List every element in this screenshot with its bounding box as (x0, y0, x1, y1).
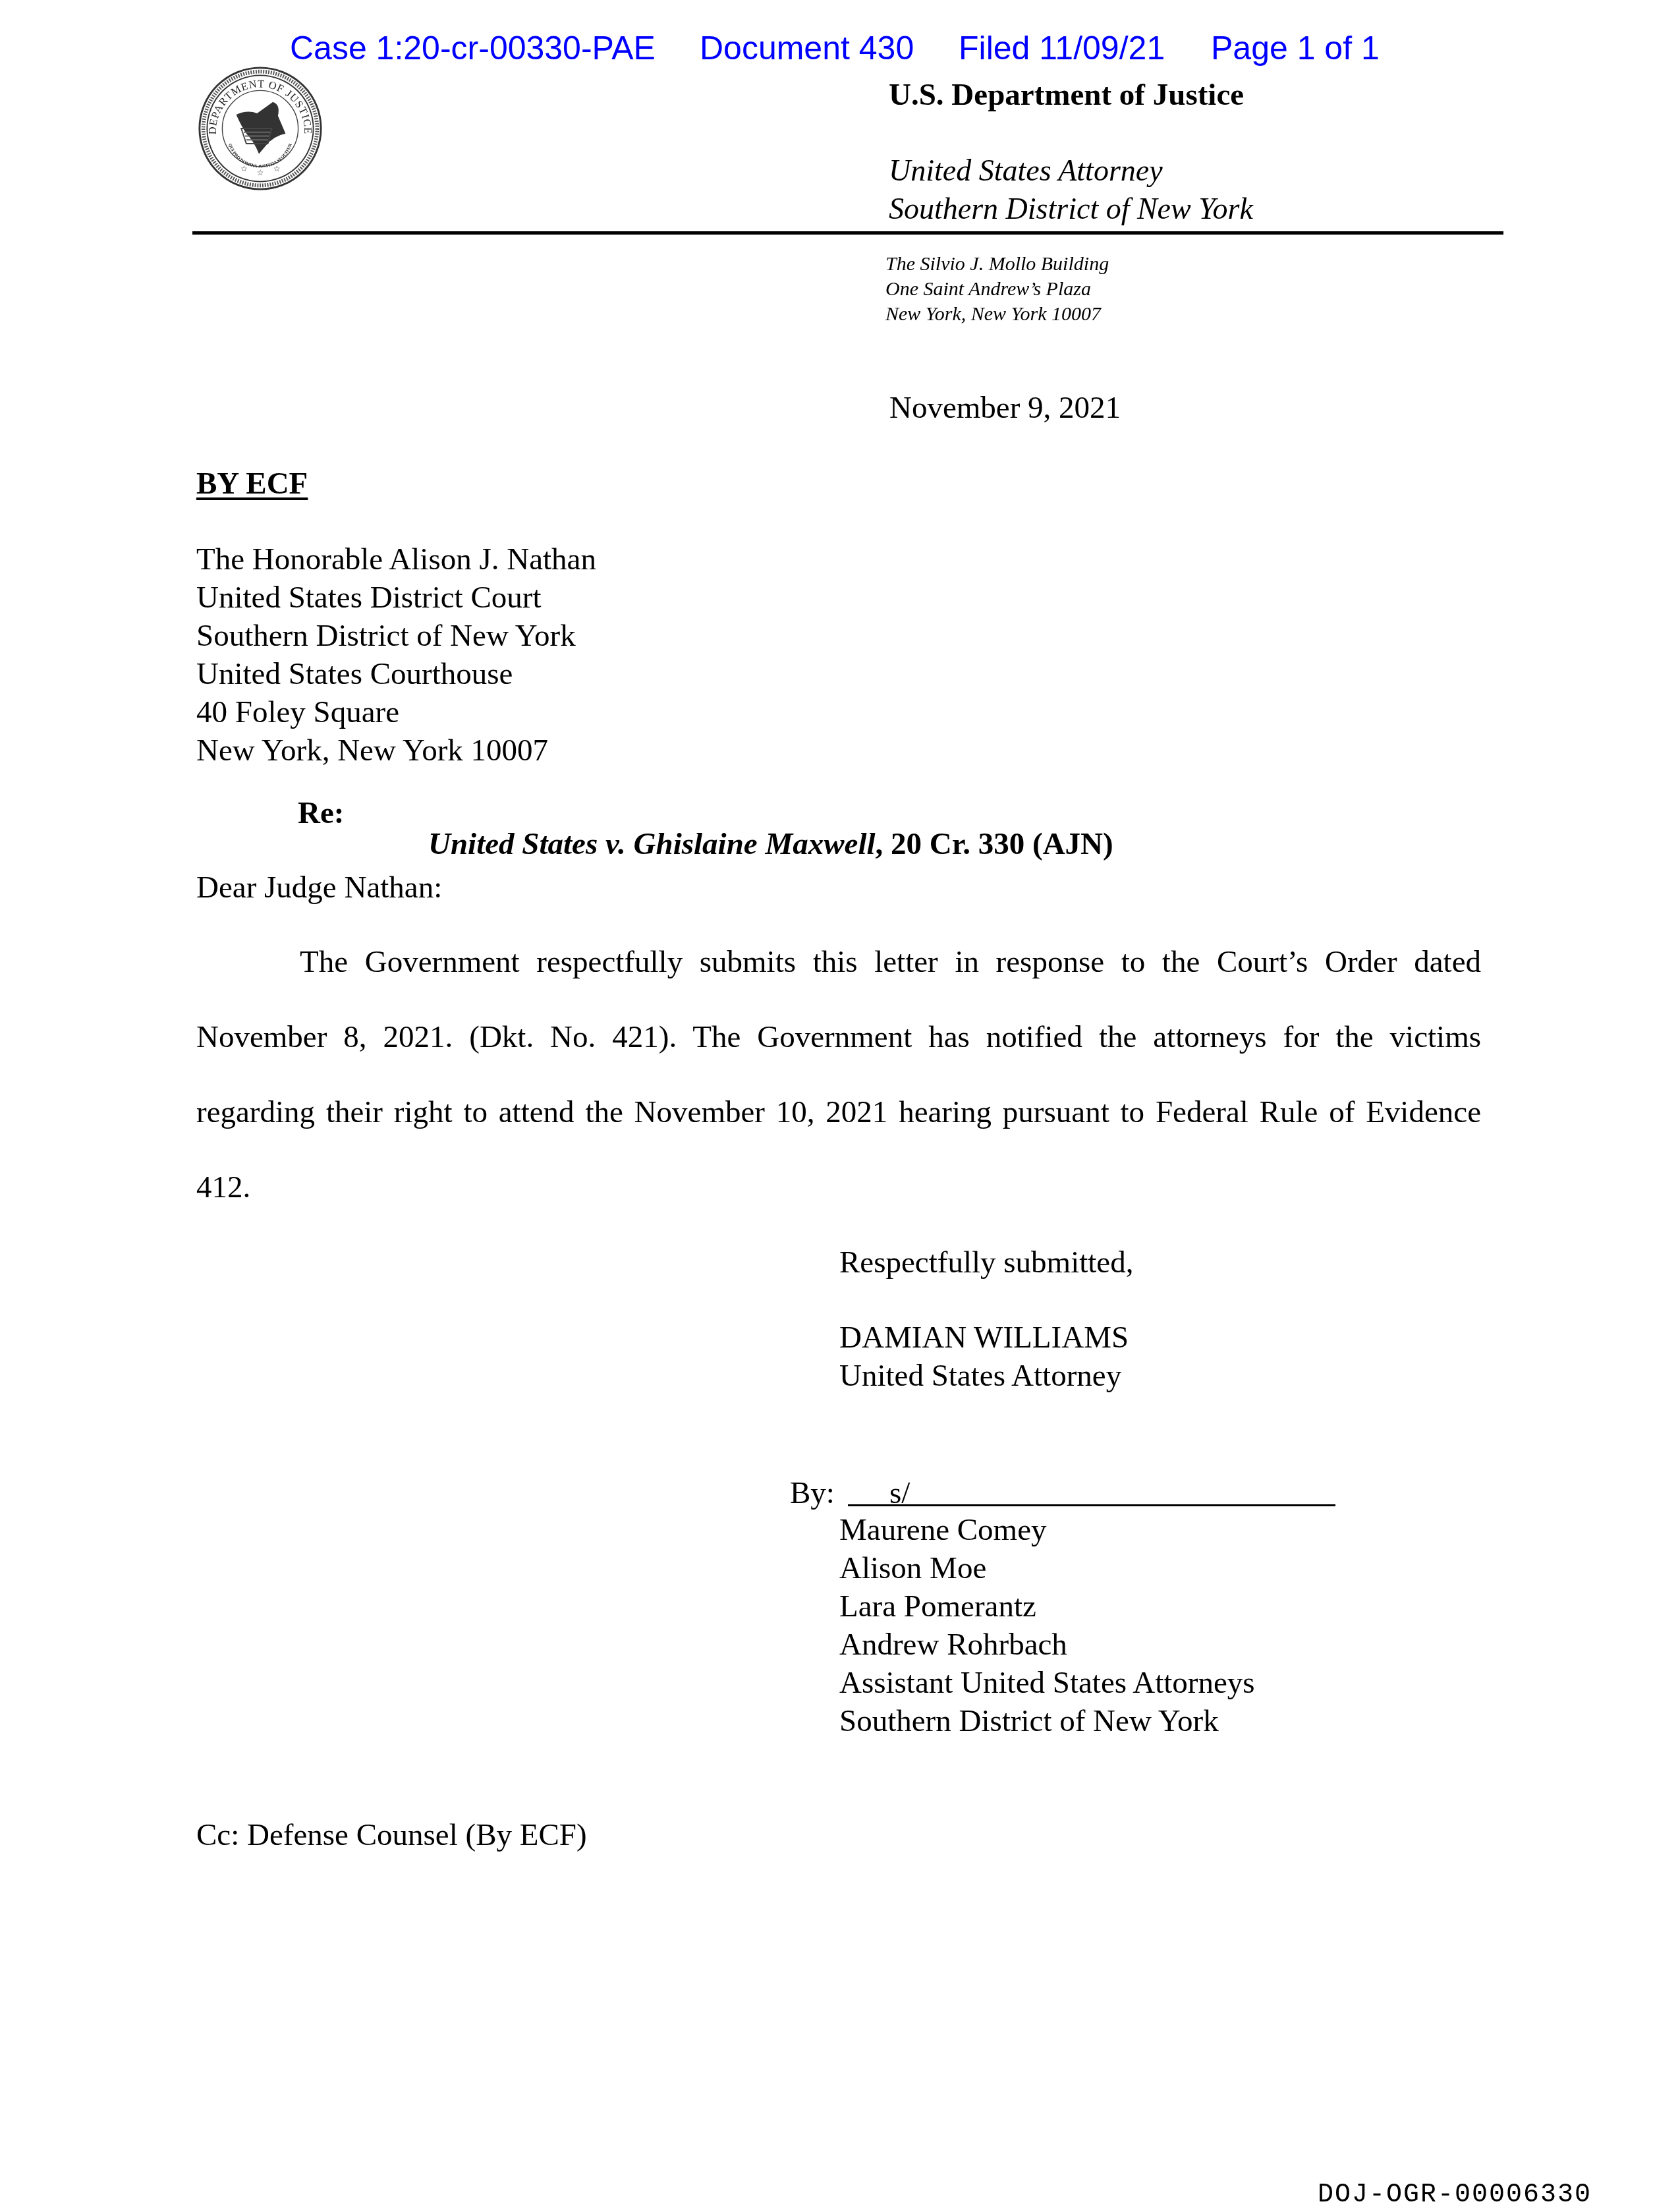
salutation: Dear Judge Nathan: (196, 872, 442, 903)
attorney-name: Maurene Comey (839, 1515, 1047, 1546)
recipient-line: New York, New York 10007 (196, 735, 548, 766)
case-title: United States v. Ghislaine Maxwell (428, 827, 876, 861)
attorney-name: Alison Moe (839, 1553, 986, 1584)
stamp-case-number: Case 1:20-cr-00330-PAE (290, 32, 656, 65)
address-line: New York, New York 10007 (885, 304, 1101, 324)
signer-name: DAMIAN WILLIAMS (839, 1322, 1129, 1353)
stamp-page-count: Page 1 of 1 (1211, 32, 1380, 65)
recipient-line: The Honorable Alison J. Nathan (196, 544, 596, 575)
cc-line: Cc: Defense Counsel (By ECF) (196, 1820, 587, 1851)
signer-title: United States Attorney (839, 1361, 1121, 1392)
department-name: U.S. Department of Justice (889, 80, 1244, 111)
attorney-name: Andrew Rohrbach (839, 1630, 1067, 1660)
case-number: , 20 Cr. 330 (AJN) (876, 827, 1113, 861)
delivery-method: BY ECF (196, 468, 308, 499)
recipient-line: United States District Court (196, 582, 541, 613)
recipient-line: 40 Foley Square (196, 697, 399, 728)
by-label: By: (790, 1478, 835, 1509)
svg-text:☆: ☆ (273, 165, 280, 173)
attorneys-office: Southern District of New York (839, 1706, 1219, 1737)
body-line: regarding their right to attend the Nove… (196, 1097, 1481, 1128)
bates-number: DOJ-OGR-00006330 (1318, 2182, 1592, 2209)
recipient-line: United States Courthouse (196, 659, 513, 690)
doj-seal-icon: DEPARTMENT OF JUSTICE QUI PRO DOMINA JUS… (197, 65, 323, 192)
address-line: The Silvio J. Mollo Building (885, 254, 1109, 274)
letter-date: November 9, 2021 (889, 393, 1121, 424)
svg-text:☆: ☆ (240, 165, 247, 173)
body-line: 412. (196, 1172, 1481, 1203)
stamp-filed-date: Filed 11/09/21 (959, 32, 1165, 65)
letterhead-rule (192, 231, 1503, 235)
body-line: November 8, 2021. (Dkt. No. 421). The Go… (196, 1022, 1481, 1053)
address-line: One Saint Andrew’s Plaza (885, 279, 1091, 299)
attorney-name: Lara Pomerantz (839, 1591, 1036, 1622)
attorneys-title: Assistant United States Attorneys (839, 1668, 1255, 1699)
valediction: Respectfully submitted, (839, 1247, 1133, 1278)
recipient-line: Southern District of New York (196, 621, 576, 652)
office-district: Southern District of New York (889, 194, 1253, 224)
signature-line (848, 1504, 1335, 1506)
svg-text:☆: ☆ (257, 169, 264, 177)
re-label: Re: (298, 798, 344, 829)
office-title: United States Attorney (889, 156, 1163, 186)
stamp-document-number: Document 430 (700, 32, 914, 65)
body-line: The Government respectfully submits this… (300, 947, 1481, 978)
